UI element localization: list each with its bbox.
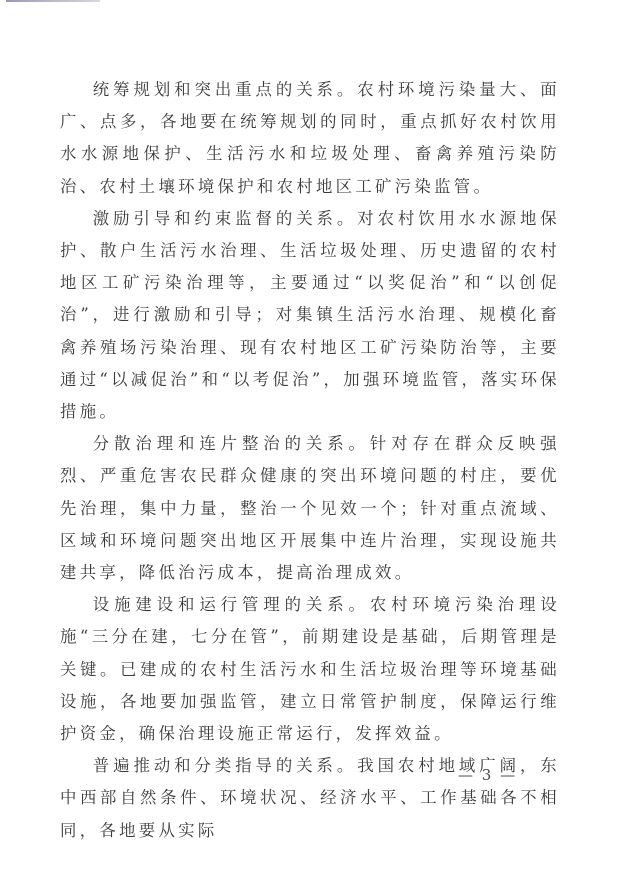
scan-edge-artifact (6, 0, 100, 2)
paragraph-general-classified: 普遍推动和分类指导的关系。我国农村地域广阔，东中西部自然条件、环境状况、经济水平… (60, 750, 560, 847)
paragraph-construction-operation: 设施建设和运行管理的关系。农村环境污染治理设施“三分在建，七分在管”，前期建设是… (60, 589, 560, 750)
paragraph-dispersed-concentrated: 分散治理和连片整治的关系。针对存在群众反映强烈、严重危害农民群众健康的突出环境问… (60, 428, 560, 589)
paragraph-incentive-supervision: 激励引导和约束监督的关系。对农村饮用水水源地保护、散户生活污水治理、生活垃圾处理… (60, 203, 560, 428)
document-body: 统筹规划和突出重点的关系。农村环境污染量大、面广、点多，各地要在统筹规划的同时，… (60, 74, 560, 847)
page-number: — 3 — (458, 766, 517, 784)
paragraph-planning-priorities: 统筹规划和突出重点的关系。农村环境污染量大、面广、点多，各地要在统筹规划的同时，… (60, 74, 560, 203)
